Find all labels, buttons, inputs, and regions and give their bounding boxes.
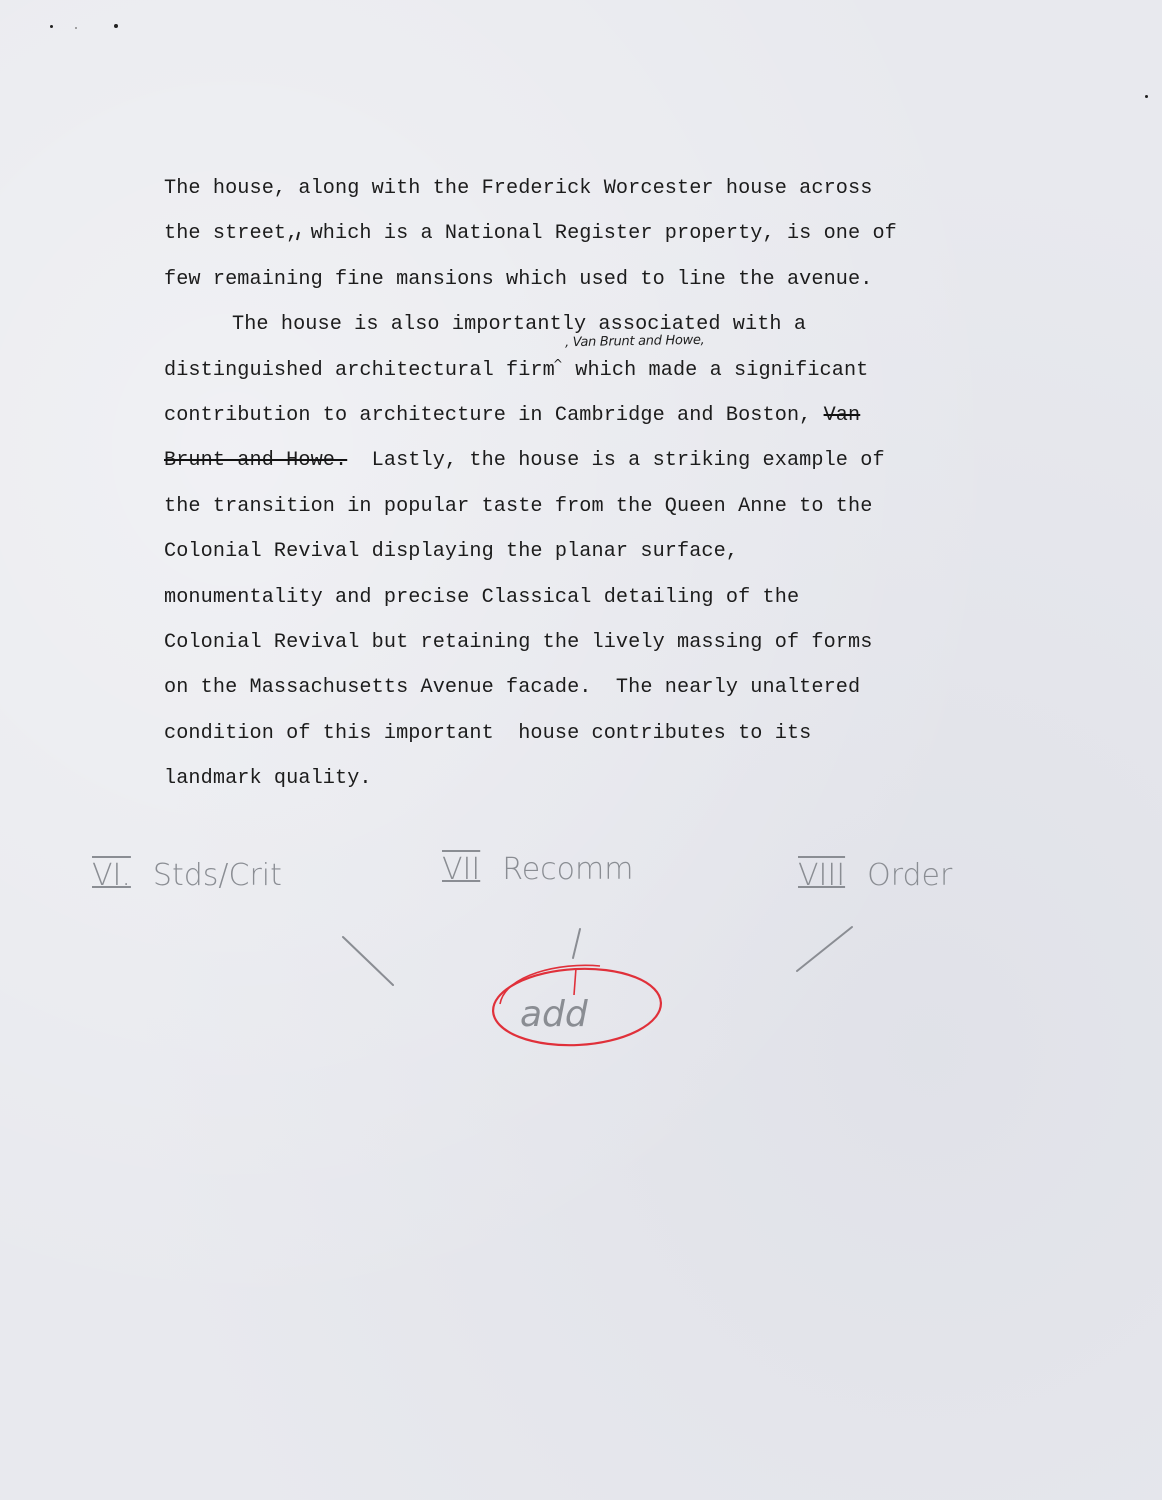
text-segment: landmark quality. — [164, 767, 372, 790]
text-segment: monumentality and precise Classical deta… — [164, 586, 799, 609]
text-segment: the street, which is a National Register… — [164, 222, 897, 245]
text-segment: Lastly, the house is a striking example … — [347, 449, 884, 472]
handwritten-insertion: , Van Brunt and Howe, — [565, 333, 705, 350]
text-segment: on the Massachusetts Avenue facade. The … — [164, 676, 860, 699]
typed-body-text: The house, along with the Frederick Worc… — [164, 166, 984, 801]
typed-line: distinguished architectural firm^ which … — [164, 348, 984, 393]
insertion-caret: ^ — [553, 357, 563, 371]
struck-text: Van — [824, 404, 861, 427]
pencil-note-numeral: VIII — [798, 858, 845, 893]
paper-speck — [1145, 95, 1148, 98]
pencil-stroke-left — [343, 937, 393, 985]
paper-speck — [50, 25, 53, 28]
typed-line: on the Massachusetts Avenue facade. The … — [164, 665, 984, 710]
typed-line: contribution to architecture in Cambridg… — [164, 393, 984, 438]
text-segment: which made a significant — [563, 359, 868, 382]
paper-speck — [114, 24, 118, 28]
typed-line: Colonial Revival but retaining the livel… — [164, 620, 984, 665]
pencil-stroke-center — [573, 929, 580, 958]
paper-speck — [75, 27, 77, 29]
typed-line: condition of this important house contri… — [164, 711, 984, 756]
typed-line: The house, along with the Frederick Worc… — [164, 166, 984, 211]
pencil-note-1: VI.Stds/Crit — [92, 858, 282, 893]
typed-line: landmark quality. — [164, 756, 984, 801]
pencil-stroke-right — [797, 927, 852, 971]
typed-line: Colonial Revival displaying the planar s… — [164, 529, 984, 574]
text-segment: Colonial Revival displaying the planar s… — [164, 540, 738, 563]
pencil-note-label: Stds/Crit — [153, 858, 282, 893]
text-segment: contribution to architecture in Cambridg… — [164, 404, 824, 427]
text-segment: Colonial Revival but retaining the livel… — [164, 631, 872, 654]
typed-line: Brunt and Howe. Lastly, the house is a s… — [164, 438, 984, 483]
text-segment: condition of this important house contri… — [164, 722, 811, 745]
pencil-note-label: Order — [867, 858, 952, 893]
text-segment: distinguished architectural firm — [164, 359, 555, 382]
typed-line: the street, which is a National Register… — [164, 211, 984, 256]
pencil-note-numeral: VI. — [92, 858, 131, 893]
text-segment: the transition in popular taste from the… — [164, 495, 872, 518]
typed-line: monumentality and precise Classical deta… — [164, 575, 984, 620]
pencil-note-numeral: VII — [442, 852, 480, 887]
pencil-note-2: VIIRecomm — [442, 852, 633, 887]
typed-line: few remaining fine mansions which used t… — [164, 257, 984, 302]
text-segment: The house is also importantly associated… — [232, 313, 806, 336]
pencil-note-label: Recomm — [502, 852, 633, 887]
text-segment: few remaining fine mansions which used t… — [164, 268, 872, 291]
circled-add-note: add — [520, 994, 588, 1035]
document-page: The house, along with the Frederick Worc… — [0, 0, 1162, 1500]
pencil-note-3: VIIIOrder — [798, 858, 952, 893]
red-tick — [574, 968, 576, 995]
typed-line: the transition in popular taste from the… — [164, 484, 984, 529]
struck-text: Brunt and Howe. — [164, 449, 347, 472]
text-segment: The house, along with the Frederick Worc… — [164, 177, 872, 200]
